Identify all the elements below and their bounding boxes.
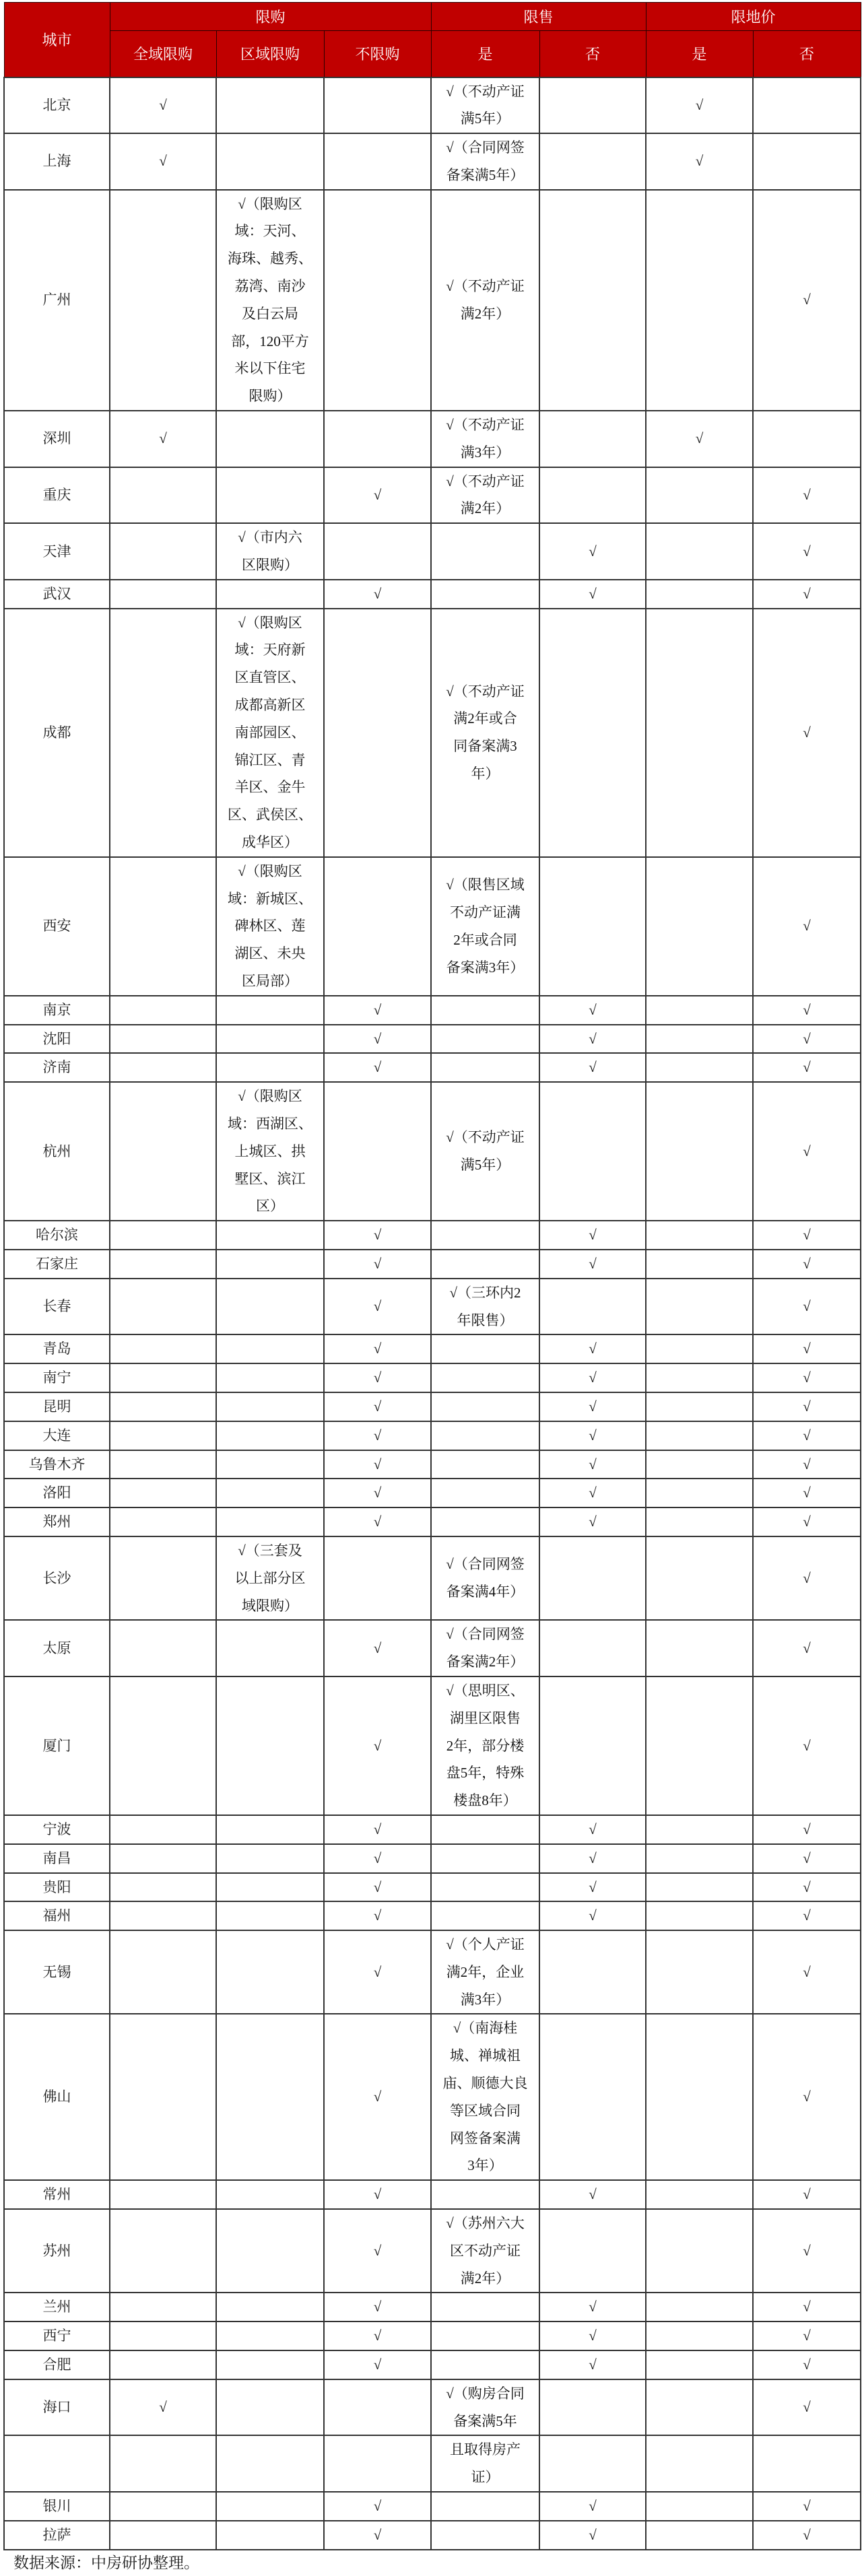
header-subcolumn-row: 全域限购 区域限购 不限购 是 否 是 否 [4, 31, 861, 77]
cell-sale-limit-yes: √（不动产证 满2年） [431, 467, 539, 524]
cell-city: 福州 [4, 1901, 110, 1930]
cell-sale-limit-no: √ [539, 2180, 646, 2209]
cell-no-limit: √ [324, 2014, 431, 2180]
cell-no-limit: √ [324, 2209, 431, 2293]
table-row: 长春 √ √（三环内2 年限售） √ [4, 1279, 861, 1335]
cell-district-limit: √（限购区 域：天府新 区直管区、 成都高新区 南部园区、 锦江区、青 羊区、金… [216, 609, 324, 857]
table-row: 洛阳 √ √ √ [4, 1479, 861, 1507]
cell-land-limit-no [753, 133, 861, 190]
cell-citywide-limit [110, 1507, 216, 1536]
cell-city: 宁波 [4, 1815, 110, 1844]
header-sale-limit-no: 否 [539, 31, 646, 77]
cell-district-limit [216, 1873, 324, 1902]
table-header: 城市 限购 限售 限地价 全域限购 区域限购 不限购 是 否 是 否 [4, 3, 861, 77]
cell-district-limit [216, 1053, 324, 1082]
cell-sale-limit-yes [431, 2492, 539, 2521]
cell-city: 深圳 [4, 411, 110, 467]
cell-sale-limit-no: √ [539, 1221, 646, 1250]
cell-citywide-limit [110, 996, 216, 1025]
cell-sale-limit-no: √ [539, 2350, 646, 2379]
cell-citywide-limit [110, 1536, 216, 1620]
cell-sale-limit-no: √ [539, 1250, 646, 1279]
cell-no-limit: √ [324, 1279, 431, 1335]
cell-no-limit: √ [324, 467, 431, 524]
cell-land-limit-no: √ [753, 1620, 861, 1676]
cell-city: 海口 [4, 2379, 110, 2436]
cell-land-limit-no: √ [753, 1334, 861, 1363]
cell-sale-limit-no: √ [539, 2521, 646, 2550]
cell-citywide-limit [110, 1479, 216, 1507]
cell-citywide-limit: √ [110, 77, 216, 134]
cell-land-limit-no: √ [753, 523, 861, 580]
cell-no-limit: √ [324, 1930, 431, 2014]
cell-city: 佛山 [4, 2014, 110, 2180]
table-row: 北京 √ √（不动产证 满5年） √ [4, 77, 861, 134]
cell-land-limit-yes [646, 1221, 753, 1250]
cell-sale-limit-no [539, 133, 646, 190]
cell-land-limit-yes [646, 2293, 753, 2321]
header-land-limit-no: 否 [753, 31, 861, 77]
cell-district-limit [216, 77, 324, 134]
cell-sale-limit-no: √ [539, 523, 646, 580]
cell-city: 大连 [4, 1421, 110, 1450]
cell-no-limit [324, 411, 431, 467]
cell-land-limit-yes [646, 1930, 753, 2014]
cell-citywide-limit [110, 1363, 216, 1392]
cell-land-limit-no: √ [753, 190, 861, 411]
cell-sale-limit-no [539, 1676, 646, 1815]
cell-sale-limit-no: √ [539, 2492, 646, 2521]
cell-sale-limit-no [539, 1536, 646, 1620]
cell-sale-limit-no: √ [539, 1873, 646, 1902]
cell-land-limit-yes [646, 609, 753, 857]
cell-sale-limit-no: √ [539, 1450, 646, 1479]
cell-city: 北京 [4, 77, 110, 134]
cell-citywide-limit [110, 2209, 216, 2293]
header-sale-limit-yes: 是 [431, 31, 539, 77]
cell-land-limit-no: √ [753, 2209, 861, 2293]
cell-citywide-limit [110, 1250, 216, 1279]
cell-district-limit [216, 2014, 324, 2180]
cell-no-limit [324, 77, 431, 134]
header-group-sale-limit: 限售 [431, 3, 646, 31]
cell-land-limit-no: √ [753, 2521, 861, 2550]
cell-sale-limit-yes: √（合同网签 备案满4年） [431, 1536, 539, 1620]
cell-land-limit-no [753, 77, 861, 134]
table-row: 苏州 √ √（苏州六大 区不动产证 满2年） √ [4, 2209, 861, 2293]
table-row: 西宁 √ √ √ [4, 2321, 861, 2350]
cell-no-limit [324, 523, 431, 580]
cell-city: 南京 [4, 996, 110, 1025]
cell-district-limit [216, 1392, 324, 1421]
cell-district-limit: √（限购区 域：天河、 海珠、越秀、 荔湾、南沙 及白云局 部，120平方 米以… [216, 190, 324, 411]
cell-land-limit-yes [646, 2350, 753, 2379]
cell-district-limit [216, 467, 324, 524]
cell-citywide-limit [110, 1873, 216, 1902]
cell-land-limit-no [753, 2435, 861, 2492]
cell-sale-limit-no: √ [539, 580, 646, 609]
cell-sale-limit-no: √ [539, 1815, 646, 1844]
table-row: 乌鲁木齐 √ √ √ [4, 1450, 861, 1479]
cell-district-limit [216, 1421, 324, 1450]
cell-sale-limit-no [539, 2379, 646, 2436]
cell-city: 上海 [4, 133, 110, 190]
cell-no-limit: √ [324, 1815, 431, 1844]
table-row: 银川 √ √ √ [4, 2492, 861, 2521]
table-row: 合肥 √ √ √ [4, 2350, 861, 2379]
cell-city: 沈阳 [4, 1025, 110, 1054]
cell-citywide-limit [110, 523, 216, 580]
cell-sale-limit-no: √ [539, 1507, 646, 1536]
table-row: 昆明 √ √ √ [4, 1392, 861, 1421]
cell-sale-limit-no: √ [539, 1901, 646, 1930]
cell-city: 厦门 [4, 1676, 110, 1815]
cell-land-limit-yes [646, 580, 753, 609]
cell-sale-limit-yes [431, 1901, 539, 1930]
cell-city: 南宁 [4, 1363, 110, 1392]
cell-sale-limit-no: √ [539, 1421, 646, 1450]
cell-land-limit-yes [646, 2180, 753, 2209]
cell-no-limit: √ [324, 1479, 431, 1507]
cell-land-limit-yes [646, 1507, 753, 1536]
cell-district-limit [216, 1676, 324, 1815]
cell-no-limit: √ [324, 1901, 431, 1930]
cell-city: 成都 [4, 609, 110, 857]
cell-sale-limit-no [539, 857, 646, 996]
data-source-note: 数据来源：中房研协整理。 [13, 2552, 199, 2573]
cell-district-limit [216, 2209, 324, 2293]
cell-no-limit: √ [324, 1507, 431, 1536]
cell-city: 兰州 [4, 2293, 110, 2321]
cell-citywide-limit [110, 1025, 216, 1054]
cell-citywide-limit [110, 1279, 216, 1335]
cell-sale-limit-yes: √（不动产证 满2年） [431, 190, 539, 411]
cell-sale-limit-yes [431, 1844, 539, 1873]
cell-land-limit-no: √ [753, 2293, 861, 2321]
cell-land-limit-yes [646, 1421, 753, 1450]
table-row: 宁波 √ √ √ [4, 1815, 861, 1844]
cell-land-limit-yes [646, 2379, 753, 2436]
cell-district-limit [216, 580, 324, 609]
cell-citywide-limit: √ [110, 2379, 216, 2436]
cell-land-limit-yes [646, 2521, 753, 2550]
cell-sale-limit-yes [431, 1873, 539, 1902]
cell-land-limit-no: √ [753, 1250, 861, 1279]
cell-land-limit-no: √ [753, 857, 861, 996]
cell-sale-limit-yes [431, 2321, 539, 2350]
cell-land-limit-no: √ [753, 1363, 861, 1392]
cell-citywide-limit [110, 1930, 216, 2014]
cell-district-limit [216, 1901, 324, 1930]
header-group-purchase-limit: 限购 [110, 3, 431, 31]
cell-land-limit-yes [646, 1363, 753, 1392]
cell-no-limit [324, 1082, 431, 1221]
cell-sale-limit-no: √ [539, 1025, 646, 1054]
table-row: 长沙 √（三套及 以上部分区 域限购） √（合同网签 备案满4年） √ [4, 1536, 861, 1620]
cell-no-limit: √ [324, 2321, 431, 2350]
cell-sale-limit-yes [431, 996, 539, 1025]
cell-district-limit [216, 1025, 324, 1054]
cell-land-limit-no: √ [753, 2492, 861, 2521]
cell-district-limit [216, 2321, 324, 2350]
cell-sale-limit-yes [431, 2293, 539, 2321]
cell-citywide-limit [110, 1082, 216, 1221]
header-citywide-limit: 全域限购 [110, 31, 216, 77]
cell-district-limit [216, 1334, 324, 1363]
cell-land-limit-no: √ [753, 1279, 861, 1335]
cell-citywide-limit [110, 1053, 216, 1082]
cell-land-limit-yes [646, 1334, 753, 1363]
cell-citywide-limit [110, 1620, 216, 1676]
header-land-limit-yes: 是 [646, 31, 753, 77]
cell-land-limit-yes [646, 1844, 753, 1873]
table-row: 深圳 √ √（不动产证 满3年） √ [4, 411, 861, 467]
cell-district-limit [216, 1930, 324, 2014]
cell-land-limit-yes [646, 1873, 753, 1902]
cell-land-limit-yes [646, 1053, 753, 1082]
table-row: 南京 √ √ √ [4, 996, 861, 1025]
cell-sale-limit-yes [431, 1053, 539, 1082]
header-no-limit: 不限购 [324, 31, 431, 77]
cell-land-limit-no: √ [753, 1392, 861, 1421]
cell-district-limit [216, 1620, 324, 1676]
cell-land-limit-yes [646, 1901, 753, 1930]
cell-no-limit: √ [324, 1392, 431, 1421]
table-row: 西安 √（限购区 域：新城区、 碑林区、莲 湖区、未央 区局部） √（限售区域 … [4, 857, 861, 996]
cell-no-limit: √ [324, 2521, 431, 2550]
cell-city: 苏州 [4, 2209, 110, 2293]
cell-city: 拉萨 [4, 2521, 110, 2550]
cell-land-limit-no: √ [753, 2379, 861, 2436]
cell-citywide-limit [110, 2321, 216, 2350]
cell-land-limit-yes [646, 2435, 753, 2492]
cell-no-limit [324, 133, 431, 190]
cell-land-limit-yes: √ [646, 77, 753, 134]
cell-district-limit: √（三套及 以上部分区 域限购） [216, 1536, 324, 1620]
cell-no-limit [324, 609, 431, 857]
cell-sale-limit-no [539, 1620, 646, 1676]
cell-sale-limit-yes: √（不动产证 满3年） [431, 411, 539, 467]
cell-citywide-limit [110, 190, 216, 411]
cell-land-limit-no: √ [753, 580, 861, 609]
cell-land-limit-yes [646, 2209, 753, 2293]
cell-land-limit-no: √ [753, 609, 861, 857]
cell-land-limit-no: √ [753, 1815, 861, 1844]
cell-district-limit [216, 1450, 324, 1479]
cell-sale-limit-yes: √（思明区、 湖里区限售 2年，部分楼 盘5年，特殊 楼盘8年） [431, 1676, 539, 1815]
cell-no-limit: √ [324, 1421, 431, 1450]
cell-no-limit [324, 1536, 431, 1620]
cell-land-limit-yes [646, 1536, 753, 1620]
cell-no-limit: √ [324, 1873, 431, 1902]
cell-sale-limit-no [539, 77, 646, 134]
cell-city: 西宁 [4, 2321, 110, 2350]
cell-land-limit-no: √ [753, 1536, 861, 1620]
cell-citywide-limit [110, 609, 216, 857]
cell-sale-limit-no: √ [539, 2293, 646, 2321]
cell-citywide-limit [110, 2492, 216, 2521]
cell-district-limit [216, 2435, 324, 2492]
cell-sale-limit-no [539, 467, 646, 524]
cell-no-limit: √ [324, 1025, 431, 1054]
cell-no-limit [324, 2379, 431, 2436]
cell-sale-limit-yes [431, 1363, 539, 1392]
cell-district-limit [216, 2293, 324, 2321]
cell-city: 洛阳 [4, 1479, 110, 1507]
cell-citywide-limit [110, 1421, 216, 1450]
cell-city: 合肥 [4, 2350, 110, 2379]
cell-district-limit: √（限购区 域：西湖区、 上城区、拱 墅区、滨江 区） [216, 1082, 324, 1221]
cell-land-limit-yes: √ [646, 133, 753, 190]
cell-sale-limit-yes [431, 1450, 539, 1479]
header-district-limit: 区域限购 [216, 31, 324, 77]
cell-sale-limit-no [539, 2435, 646, 2492]
cell-city: 贵阳 [4, 1873, 110, 1902]
cell-sale-limit-no [539, 1279, 646, 1335]
cell-sale-limit-yes [431, 1421, 539, 1450]
table-row: 武汉 √ √ √ [4, 580, 861, 609]
table-row: 成都 √（限购区 域：天府新 区直管区、 成都高新区 南部园区、 锦江区、青 羊… [4, 609, 861, 857]
cell-land-limit-yes [646, 2014, 753, 2180]
cell-land-limit-yes [646, 523, 753, 580]
cell-district-limit: √（限购区 域：新城区、 碑林区、莲 湖区、未央 区局部） [216, 857, 324, 996]
table-row: 石家庄 √ √ √ [4, 1250, 861, 1279]
cell-sale-limit-no [539, 1082, 646, 1221]
cell-district-limit [216, 1815, 324, 1844]
cell-city: 哈尔滨 [4, 1221, 110, 1250]
cell-no-limit: √ [324, 2180, 431, 2209]
cell-district-limit [216, 2350, 324, 2379]
cell-no-limit: √ [324, 1844, 431, 1873]
cell-sale-limit-yes: √（合同网签 备案满5年） [431, 133, 539, 190]
table-row: 郑州 √ √ √ [4, 1507, 861, 1536]
table-row: 厦门 √ √（思明区、 湖里区限售 2年，部分楼 盘5年，特殊 楼盘8年） √ [4, 1676, 861, 1815]
cell-sale-limit-yes: √（限售区域 不动产证满 2年或合同 备案满3年） [431, 857, 539, 996]
cell-city: 济南 [4, 1053, 110, 1082]
cell-sale-limit-yes [431, 2180, 539, 2209]
cell-land-limit-yes [646, 1082, 753, 1221]
header-group-row: 城市 限购 限售 限地价 [4, 3, 861, 31]
cell-sale-limit-yes: √（三环内2 年限售） [431, 1279, 539, 1335]
table-row: 哈尔滨 √ √ √ [4, 1221, 861, 1250]
cell-sale-limit-yes: √（购房合同 备案满5年 [431, 2379, 539, 2436]
cell-land-limit-no [753, 411, 861, 467]
cell-land-limit-yes [646, 467, 753, 524]
cell-land-limit-no: √ [753, 1844, 861, 1873]
cell-city: 长春 [4, 1279, 110, 1335]
cell-sale-limit-no: √ [539, 1392, 646, 1421]
cell-sale-limit-no [539, 2209, 646, 2293]
cell-citywide-limit [110, 1676, 216, 1815]
cell-land-limit-yes [646, 1450, 753, 1479]
cell-district-limit [216, 1507, 324, 1536]
table-row: 兰州 √ √ √ [4, 2293, 861, 2321]
cell-land-limit-no: √ [753, 467, 861, 524]
cell-city: 乌鲁木齐 [4, 1450, 110, 1479]
cell-citywide-limit [110, 2350, 216, 2379]
cell-land-limit-yes [646, 1279, 753, 1335]
cell-no-limit: √ [324, 1676, 431, 1815]
cell-land-limit-yes [646, 190, 753, 411]
cell-sale-limit-yes [431, 1507, 539, 1536]
cell-city: 南昌 [4, 1844, 110, 1873]
table-body: 北京 √ √（不动产证 满5年） √ 上海 √ √（合同网签 备案满5年） √ … [4, 77, 861, 2550]
cell-sale-limit-yes [431, 1221, 539, 1250]
cell-no-limit: √ [324, 1363, 431, 1392]
cell-land-limit-no: √ [753, 1053, 861, 1082]
cell-sale-limit-yes [431, 523, 539, 580]
table-row: 海口 √ √（购房合同 备案满5年 √ [4, 2379, 861, 2436]
cell-land-limit-no: √ [753, 1676, 861, 1815]
table-row: 重庆 √ √（不动产证 满2年） √ [4, 467, 861, 524]
cell-land-limit-yes [646, 1676, 753, 1815]
cell-sale-limit-yes [431, 1025, 539, 1054]
cell-sale-limit-yes [431, 2521, 539, 2550]
cell-no-limit: √ [324, 1221, 431, 1250]
table-row: 南昌 √ √ √ [4, 1844, 861, 1873]
cell-sale-limit-no [539, 190, 646, 411]
table-row: 广州 √（限购区 域：天河、 海珠、越秀、 荔湾、南沙 及白云局 部，120平方… [4, 190, 861, 411]
cell-district-limit [216, 1250, 324, 1279]
cell-sale-limit-no: √ [539, 1334, 646, 1363]
table-row: 无锡 √ √（个人产证 满2年，企业 满3年） √ [4, 1930, 861, 2014]
cell-sale-limit-no [539, 2014, 646, 2180]
table-row: 沈阳 √ √ √ [4, 1025, 861, 1054]
cell-city: 石家庄 [4, 1250, 110, 1279]
table-row: 济南 √ √ √ [4, 1053, 861, 1082]
header-group-land-price-limit: 限地价 [646, 3, 861, 31]
cell-land-limit-no: √ [753, 1479, 861, 1507]
cell-land-limit-yes [646, 996, 753, 1025]
cell-city: 武汉 [4, 580, 110, 609]
cell-citywide-limit [110, 2435, 216, 2492]
cell-sale-limit-no: √ [539, 1479, 646, 1507]
cell-land-limit-yes [646, 857, 753, 996]
cell-no-limit [324, 857, 431, 996]
cell-no-limit: √ [324, 1450, 431, 1479]
cell-district-limit [216, 2180, 324, 2209]
cell-land-limit-no: √ [753, 2350, 861, 2379]
cell-land-limit-no: √ [753, 1082, 861, 1221]
cell-citywide-limit [110, 580, 216, 609]
cell-sale-limit-no: √ [539, 1053, 646, 1082]
cell-district-limit [216, 133, 324, 190]
table-row: 天津 √（市内六 区限购） √ √ [4, 523, 861, 580]
cell-citywide-limit: √ [110, 133, 216, 190]
cell-land-limit-no: √ [753, 1873, 861, 1902]
cell-citywide-limit [110, 1392, 216, 1421]
table-row: 大连 √ √ √ [4, 1421, 861, 1450]
cell-city: 昆明 [4, 1392, 110, 1421]
cell-sale-limit-no [539, 1930, 646, 2014]
cell-district-limit [216, 1363, 324, 1392]
cell-sale-limit-no [539, 411, 646, 467]
cell-citywide-limit: √ [110, 411, 216, 467]
cell-no-limit: √ [324, 580, 431, 609]
cell-citywide-limit [110, 2014, 216, 2180]
cell-no-limit: √ [324, 2293, 431, 2321]
cell-district-limit [216, 1221, 324, 1250]
cell-citywide-limit [110, 1221, 216, 1250]
cell-sale-limit-yes: √（个人产证 满2年，企业 满3年） [431, 1930, 539, 2014]
cell-city: 杭州 [4, 1082, 110, 1221]
table-row: 杭州 √（限购区 域：西湖区、 上城区、拱 墅区、滨江 区） √（不动产证 满5… [4, 1082, 861, 1221]
cell-city: 郑州 [4, 1507, 110, 1536]
cell-land-limit-yes [646, 1025, 753, 1054]
cell-land-limit-no: √ [753, 1025, 861, 1054]
cell-district-limit [216, 2521, 324, 2550]
cell-land-limit-no: √ [753, 1507, 861, 1536]
